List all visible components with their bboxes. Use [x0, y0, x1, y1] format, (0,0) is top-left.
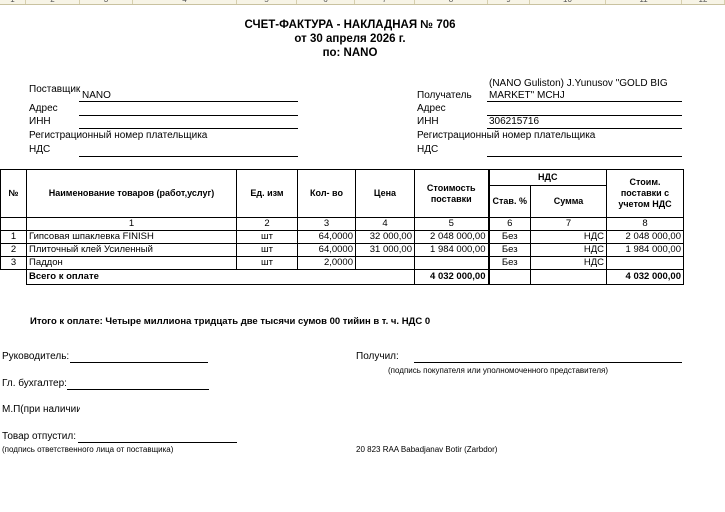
- stamp-label: М.П(при наличии: [2, 404, 80, 415]
- total-nds-sum: [531, 270, 607, 285]
- total-label: Всего к оплате: [27, 270, 415, 285]
- column-number-blank: [1, 218, 27, 231]
- accountant-signature-line[interactable]: [67, 389, 209, 390]
- row-qty[interactable]: 64,0000: [298, 231, 356, 244]
- supplier-value[interactable]: NANO: [82, 90, 111, 101]
- column-header[interactable]: 10: [530, 0, 606, 5]
- row-cost[interactable]: [415, 257, 489, 270]
- total-nds-rate: [489, 270, 531, 285]
- agent-info: 20 823 RAA Babadjanav Botir (Zarbdor): [356, 445, 497, 454]
- director-signature-line[interactable]: [70, 362, 208, 363]
- column-number: 3: [298, 218, 356, 231]
- column-number: 6: [489, 218, 531, 231]
- header-cost: Стоимость поставки: [415, 170, 489, 218]
- amount-in-words: Итого к оплате: Четыре миллиона тридцать…: [30, 316, 430, 327]
- row-num: 3: [1, 257, 27, 270]
- received-label: Получил:: [356, 351, 399, 362]
- row-name[interactable]: Паддон: [27, 257, 237, 270]
- column-number: 2: [237, 218, 298, 231]
- supplier-nds-label: НДС: [29, 144, 50, 155]
- column-number: 7: [531, 218, 607, 231]
- recipient-label: Получатель: [417, 90, 472, 101]
- received-signature-line[interactable]: [414, 362, 682, 363]
- column-header[interactable]: 2: [26, 0, 80, 5]
- recipient-address-label: Адрес: [417, 103, 446, 114]
- row-cost[interactable]: 2 048 000,00: [415, 231, 489, 244]
- column-header[interactable]: 3: [80, 0, 133, 5]
- header-nds-rate: Став. %: [489, 186, 531, 218]
- row-qty[interactable]: 2,0000: [298, 257, 356, 270]
- supplier-inn-field[interactable]: [79, 128, 298, 129]
- column-header[interactable]: 1: [0, 0, 26, 5]
- column-header[interactable]: 7: [355, 0, 415, 5]
- row-price[interactable]: 32 000,00: [356, 231, 415, 244]
- table-row[interactable]: 1 Гипсовая шпаклевка FINISH шт 64,0000 3…: [1, 231, 684, 244]
- released-label: Товар отпустил:: [2, 431, 76, 442]
- header-nds: НДС: [489, 170, 607, 186]
- column-header[interactable]: 5: [237, 0, 297, 5]
- invoice-table: № Наименование товаров (работ,услуг) Ед.…: [0, 169, 684, 285]
- total-cost: 4 032 000,00: [415, 270, 489, 285]
- supplier-address-field[interactable]: [79, 115, 298, 116]
- recipient-inn-label: ИНН: [417, 116, 439, 127]
- row-name[interactable]: Плиточный клей Усиленный: [27, 244, 237, 257]
- recipient-reg-label: Регистрационный номер плательщика: [417, 130, 595, 141]
- recipient-value-line1[interactable]: (NANO Guliston) J.Yunusov "GOLD BIG: [489, 78, 668, 89]
- director-label: Руководитель:: [2, 351, 69, 362]
- header-num: №: [1, 170, 27, 218]
- row-price[interactable]: [356, 257, 415, 270]
- header-nds-sum: Сумма: [531, 186, 607, 218]
- row-nds-rate[interactable]: Без: [489, 244, 531, 257]
- row-num: 1: [1, 231, 27, 244]
- column-number: 1: [27, 218, 237, 231]
- supplier-reg-label: Регистрационный номер плательщика: [29, 130, 207, 141]
- supplier-address-label: Адрес: [29, 103, 58, 114]
- released-note: (подпись ответственного лица от поставщи…: [2, 445, 173, 454]
- table-row[interactable]: 2 Плиточный клей Усиленный шт 64,0000 31…: [1, 244, 684, 257]
- column-number: 8: [607, 218, 684, 231]
- supplier-inn-label: ИНН: [29, 116, 51, 127]
- row-unit[interactable]: шт: [237, 244, 298, 257]
- invoice-date: от 30 апреля 2026 г.: [200, 32, 500, 46]
- invoice-title: СЧЕТ-ФАКТУРА - НАКЛАДНАЯ № 706: [200, 18, 500, 32]
- released-signature-line[interactable]: [78, 442, 237, 443]
- row-nds-rate[interactable]: Без: [489, 257, 531, 270]
- row-nds-sum[interactable]: НДС: [531, 231, 607, 244]
- row-nds-sum[interactable]: НДС: [531, 244, 607, 257]
- invoice-issuer: по: NANO: [200, 46, 500, 60]
- header-qty: Кол- во: [298, 170, 356, 218]
- supplier-label: Поставщик: [29, 84, 80, 95]
- row-num: 2: [1, 244, 27, 257]
- supplier-underline: [79, 101, 298, 102]
- column-number: 4: [356, 218, 415, 231]
- column-header[interactable]: 11: [606, 0, 682, 5]
- column-header[interactable]: 4: [133, 0, 237, 5]
- spreadsheet-column-header-bar: 1 2 3 4 5 6 7 8 9 10 11 12: [0, 0, 725, 5]
- total-row: Всего к оплате 4 032 000,00 4 032 000,00: [1, 270, 684, 285]
- row-nds-rate[interactable]: Без: [489, 231, 531, 244]
- total-with-nds: 4 032 000,00: [607, 270, 684, 285]
- header-total-with-nds: Стоим. поставки с учетом НДС: [607, 170, 684, 218]
- accountant-label: Гл. бухгалтер:: [2, 378, 67, 389]
- recipient-nds-label: НДС: [417, 144, 438, 155]
- header-name: Наименование товаров (работ,услуг): [27, 170, 237, 218]
- total-row-blank: [1, 270, 27, 285]
- column-number: 5: [415, 218, 489, 231]
- header-unit: Ед. изм: [237, 170, 298, 218]
- recipient-inn-value[interactable]: 306215716: [489, 116, 539, 127]
- received-note: (подпись покупателя или уполномоченного …: [388, 366, 608, 375]
- supplier-nds-field[interactable]: [79, 156, 298, 157]
- row-cost[interactable]: 1 984 000,00: [415, 244, 489, 257]
- recipient-value-line2[interactable]: MARKET" MCHJ: [489, 90, 565, 101]
- row-unit[interactable]: шт: [237, 257, 298, 270]
- row-nds-sum[interactable]: НДС: [531, 257, 607, 270]
- header-price: Цена: [356, 170, 415, 218]
- column-header[interactable]: 9: [488, 0, 530, 5]
- column-header[interactable]: 6: [297, 0, 355, 5]
- row-price[interactable]: 31 000,00: [356, 244, 415, 257]
- row-unit[interactable]: шт: [237, 231, 298, 244]
- row-total[interactable]: 1 984 000,00: [607, 244, 684, 257]
- table-row[interactable]: 3 Паддон шт 2,0000 Без НДС: [1, 257, 684, 270]
- column-header[interactable]: 8: [415, 0, 488, 5]
- row-total[interactable]: 2 048 000,00: [607, 231, 684, 244]
- row-qty[interactable]: 64,0000: [298, 244, 356, 257]
- recipient-inn-field: [487, 128, 682, 129]
- row-total[interactable]: [607, 257, 684, 270]
- row-name[interactable]: Гипсовая шпаклевка FINISH: [27, 231, 237, 244]
- recipient-underline: [487, 101, 682, 102]
- column-header[interactable]: 12: [682, 0, 725, 5]
- recipient-nds-field[interactable]: [487, 156, 682, 157]
